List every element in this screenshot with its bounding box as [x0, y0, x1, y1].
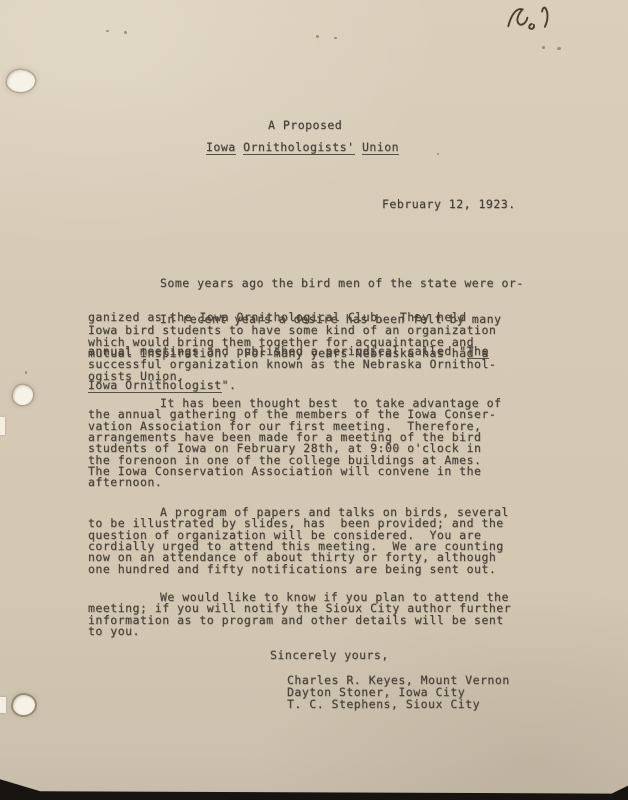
handwritten-annotation [499, 0, 563, 39]
foxing-speck [437, 153, 439, 155]
letter-page: A Proposed Iowa Ornithologists' Union Fe… [0, 0, 628, 800]
letter-date: February 12, 1923. [382, 199, 516, 210]
foxing-speck [316, 35, 319, 38]
paragraph-4: A program of papers and talks on birds, … [88, 507, 509, 575]
letter-title-line1: A Proposed [268, 120, 342, 131]
punch-hole-top [7, 70, 35, 92]
title-word: Ornithologists' [243, 140, 354, 155]
foxing-speck [124, 31, 127, 34]
signature-block: Charles R. Keyes, Mount Vernon Dayton St… [287, 674, 510, 711]
edge-notch [0, 417, 5, 435]
paragraph-line: Some years ago the bird men of the state… [88, 278, 524, 289]
foxing-speck [334, 37, 337, 39]
punch-hole-bottom [13, 695, 35, 715]
paragraph-5: We would like to know if you plan to att… [88, 592, 511, 637]
foxing-speck [25, 371, 27, 374]
paragraph-3: It has been thought best to take advanta… [88, 398, 502, 489]
letter-title-line2: Iowa Ornithologists' Union [206, 142, 399, 153]
paragraph-2: In recent years a desire has been felt b… [88, 314, 502, 382]
edge-notch [0, 697, 6, 713]
title-word: Union [362, 140, 399, 155]
foxing-speck [557, 47, 561, 50]
foxing-speck [106, 30, 109, 32]
foxing-speck [542, 46, 545, 49]
title-word: Iowa [206, 140, 236, 155]
closing-salutation: Sincerely yours, [270, 650, 389, 661]
punch-hole-middle [13, 385, 33, 405]
